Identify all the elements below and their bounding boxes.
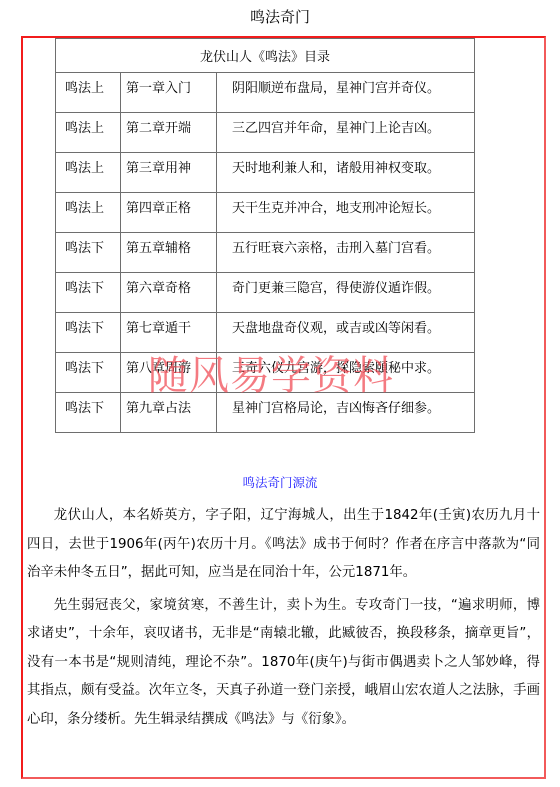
toc-heading: 龙伏山人《鸣法》目录 (56, 39, 475, 73)
document-title: 鸣法奇门 (0, 6, 560, 28)
chapter-cell: 第七章遁干 (121, 313, 216, 337)
volume-cell: 鸣法下 (56, 313, 120, 337)
verse-cell: 天时地利兼人和，诸般用神权变取。 (217, 153, 474, 177)
chapter-cell: 第一章入门 (121, 73, 216, 97)
verse-cell: 天盘地盘奇仪观，或吉或凶等闲看。 (217, 313, 474, 337)
verse-cell: 三奇六仪九宫游，探隐索頤秘中求。 (217, 353, 474, 377)
table-row: 鸣法上 第三章用神 天时地利兼人和，诸般用神权变取。 (56, 153, 475, 193)
volume-cell: 鸣法上 (56, 113, 120, 137)
volume-cell: 鸣法上 (56, 193, 120, 217)
table-row: 鸣法下 第七章遁干 天盘地盘奇仪观，或吉或凶等闲看。 (56, 313, 475, 353)
volume-cell: 鸣法上 (56, 153, 120, 177)
body-text: 龙伏山人，本名娇英方，字子阳，辽宁海城人，出生于1842年(壬寅)农历九月十四日… (27, 502, 540, 738)
table-row: 鸣法上 第二章开端 三乙四宫并年命，星神门上论吉凶。 (56, 113, 475, 153)
volume-cell: 鸣法下 (56, 273, 120, 297)
volume-cell: 鸣法上 (56, 73, 120, 97)
toc-header-row: 龙伏山人《鸣法》目录 (56, 39, 475, 73)
chapter-cell: 第六章奇格 (121, 273, 216, 297)
toc-table: 龙伏山人《鸣法》目录 鸣法上 第一章入门 阴阳顺逆布盘局，星神门宫并奇仪。 鸣法… (55, 38, 475, 433)
chapter-cell: 第九章占法 (121, 393, 216, 417)
paragraph: 龙伏山人，本名娇英方，字子阳，辽宁海城人，出生于1842年(壬寅)农历九月十四日… (27, 502, 540, 588)
volume-cell: 鸣法下 (56, 393, 120, 417)
verse-cell: 天干生克并冲合，地支刑冲论短长。 (217, 193, 474, 217)
table-row: 鸣法上 第一章入门 阴阳顺逆布盘局，星神门宫并奇仪。 (56, 73, 475, 113)
table-row: 鸣法上 第四章正格 天干生克并冲合，地支刑冲论短长。 (56, 193, 475, 233)
chapter-cell: 第八章周游 (121, 353, 216, 377)
chapter-cell: 第五章辅格 (121, 233, 216, 257)
table-row: 鸣法下 第九章占法 星神门宫格局论，吉凶悔吝仔细参。 (56, 393, 475, 433)
verse-cell: 五行旺衰六亲格，击刑入墓门宫看。 (217, 233, 474, 257)
verse-cell: 阴阳顺逆布盘局，星神门宫并奇仪。 (217, 73, 474, 97)
chapter-cell: 第二章开端 (121, 113, 216, 137)
verse-cell: 三乙四宫并年命，星神门上论吉凶。 (217, 113, 474, 137)
chapter-cell: 第四章正格 (121, 193, 216, 217)
table-row: 鸣法下 第八章周游 三奇六仪九宫游，探隐索頤秘中求。 (56, 353, 475, 393)
chapter-cell: 第三章用神 (121, 153, 216, 177)
volume-cell: 鸣法下 (56, 233, 120, 257)
verse-cell: 星神门宫格局论，吉凶悔吝仔细参。 (217, 393, 474, 417)
verse-cell: 奇门更兼三隐宫，得使游仪遁诈假。 (217, 273, 474, 297)
table-row: 鸣法下 第六章奇格 奇门更兼三隐宫，得使游仪遁诈假。 (56, 273, 475, 313)
section-heading: 鸣法奇门源流 (0, 474, 560, 492)
paragraph: 先生弱冠丧父，家境贫寒，不善生计，卖卜为生。专攻奇门一技，“遍求明师，博求诸史”… (27, 592, 540, 735)
table-row: 鸣法下 第五章辅格 五行旺衰六亲格，击刑入墓门宫看。 (56, 233, 475, 273)
volume-cell: 鸣法下 (56, 353, 120, 377)
